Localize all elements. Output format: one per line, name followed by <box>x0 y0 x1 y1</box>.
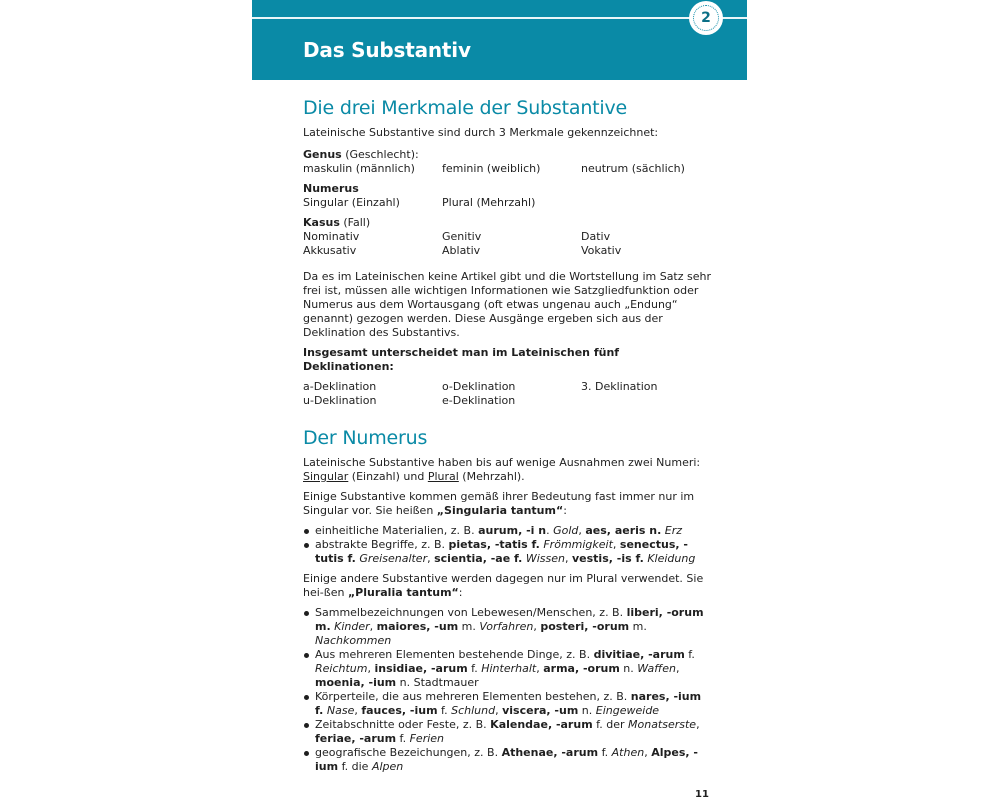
kasus-value: Dativ <box>581 230 610 244</box>
numerus-intro: Lateinische Substantive haben bis auf we… <box>303 456 713 484</box>
chapter-number-badge: 2 <box>689 1 723 35</box>
pluralia-list: Sammelbezeichnungen von Lebewesen/Mensch… <box>303 606 713 774</box>
list-item: einheitliche Materialien, z. B. aurum, -… <box>303 524 713 538</box>
kasus-value: Ablativ <box>442 244 581 258</box>
kasus-value: Genitiv <box>442 230 581 244</box>
declension: e-Deklination <box>442 394 581 408</box>
chapter-title: Das Substantiv <box>303 38 471 62</box>
declension: o-Deklination <box>442 380 581 394</box>
pluralia-intro: Einige andere Substantive werden dagegen… <box>303 572 713 600</box>
declension: 3. Deklination <box>581 380 658 394</box>
declension: u-Deklination <box>303 394 442 408</box>
book-page: 2 Das Substantiv Die drei Merkmale der S… <box>252 0 747 800</box>
singularia-list: einheitliche Materialien, z. B. aurum, -… <box>303 524 713 566</box>
plural-term: Plural <box>428 470 459 483</box>
numerus-value: Plural (Mehrzahl) <box>442 196 581 210</box>
kasus-value: Akkusativ <box>303 244 442 258</box>
list-item: Aus mehreren Elementen bestehende Dinge,… <box>303 648 713 690</box>
kasus-label: Kasus <box>303 216 340 229</box>
genus-value: feminin (weiblich) <box>442 162 581 176</box>
page-number: 11 <box>695 789 709 800</box>
kasus-label-suffix: (Fall) <box>340 216 370 229</box>
singularia-term: „Singularia tantum“ <box>437 504 563 517</box>
numerus-label: Numerus <box>303 182 359 195</box>
genus-value: maskulin (männlich) <box>303 162 442 176</box>
kasus-value: Nominativ <box>303 230 442 244</box>
kasus-block: Kasus (Fall) Nominativ Genitiv Dativ Akk… <box>303 216 713 258</box>
declension: a-Deklination <box>303 380 442 394</box>
singularia-intro: Einige Substantive kommen gemäß ihrer Be… <box>303 490 713 518</box>
genus-block: Genus (Geschlecht): maskulin (männlich) … <box>303 148 713 176</box>
wortausgang-paragraph: Da es im Lateinischen keine Artikel gibt… <box>303 270 713 340</box>
section-intro: Lateinische Substantive sind durch 3 Mer… <box>303 126 713 140</box>
list-item: geografische Bezeichungen, z. B. Athenae… <box>303 746 713 774</box>
chapter-number: 2 <box>693 5 719 31</box>
numerus-block: Numerus Singular (Einzahl) Plural (Mehrz… <box>303 182 713 210</box>
genus-label-suffix: (Geschlecht): <box>342 148 419 161</box>
kasus-value: Vokativ <box>581 244 621 258</box>
genus-value: neutrum (sächlich) <box>581 162 685 176</box>
declensions-list: a-Deklination o-Deklination 3. Deklinati… <box>303 380 713 408</box>
section-heading-merkmale: Die drei Merkmale der Substantive <box>303 96 713 120</box>
chapter-header: 2 Das Substantiv <box>252 0 747 80</box>
list-item: Körperteile, die aus mehreren Elementen … <box>303 690 713 718</box>
singular-term: Singular <box>303 470 348 483</box>
genus-label: Genus <box>303 148 342 161</box>
declensions-heading: Insgesamt unterscheidet man im Lateinisc… <box>303 346 619 373</box>
list-item: Zeitabschnitte oder Feste, z. B. Kalenda… <box>303 718 713 746</box>
list-item: Sammelbezeichnungen von Lebewesen/Mensch… <box>303 606 713 648</box>
section-heading-numerus: Der Numerus <box>303 426 713 450</box>
list-item: abstrakte Begriffe, z. B. pietas, -tatis… <box>303 538 713 566</box>
header-divider <box>252 17 747 19</box>
page-content: Die drei Merkmale der Substantive Latein… <box>303 96 713 774</box>
numerus-value: Singular (Einzahl) <box>303 196 442 210</box>
pluralia-term: „Pluralia tantum“ <box>348 586 459 599</box>
